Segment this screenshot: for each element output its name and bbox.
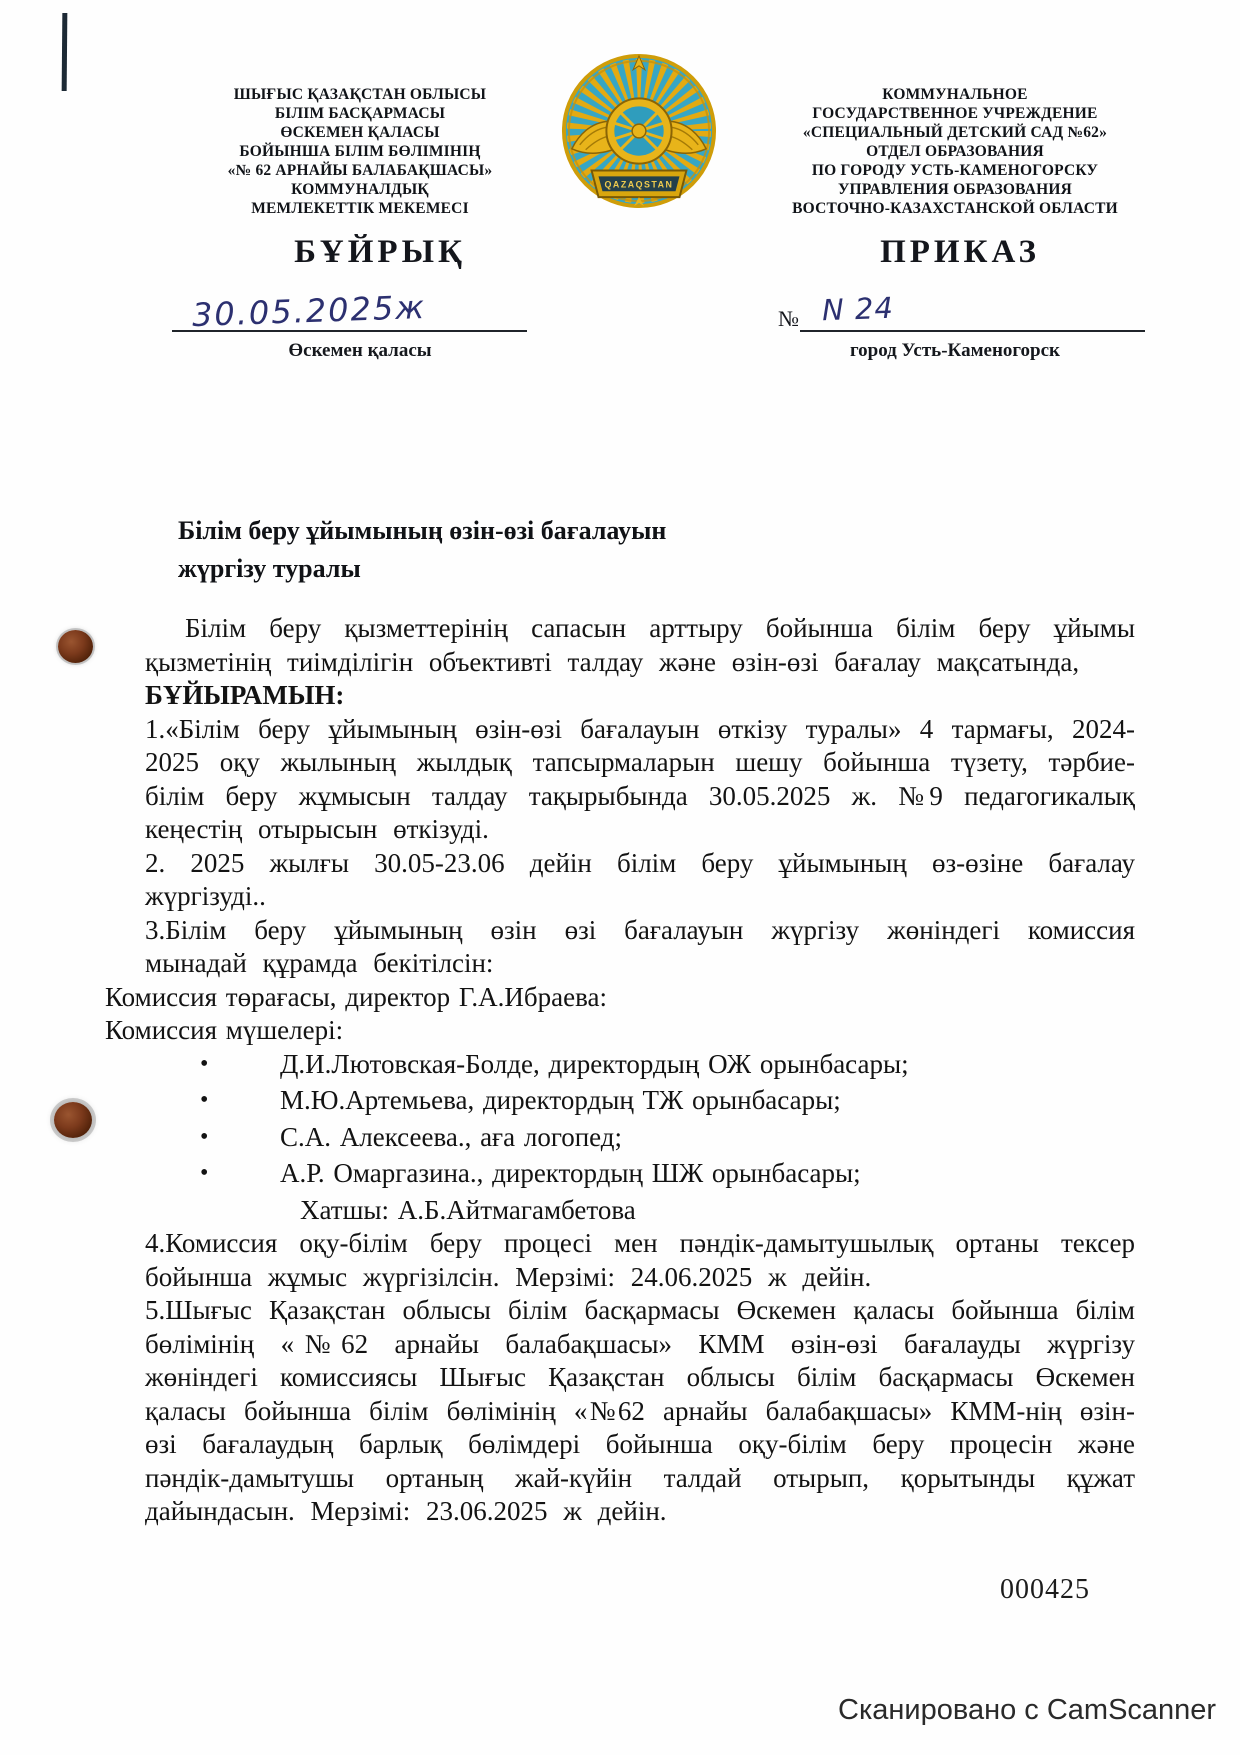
scanned-order-document: ШЫҒЫС ҚАЗАҚСТАН ОБЛЫСЫ БІЛІМ БАСҚАРМАСЫ …	[0, 0, 1240, 1755]
org-name-kk-line: КОММУНАЛДЫҚ	[165, 180, 555, 199]
order-item-5: 5.Шығыс Қазақстан облысы білім басқармас…	[145, 1294, 1135, 1529]
commission-member-item: • А.Р. Омаргазина., директордың ШЖ орынб…	[200, 1157, 1135, 1191]
order-heading-kazakh: БҰЙРЫҚ	[180, 234, 580, 271]
order-item-4: 4.Комиссия оқу-білім беру процесі мен пә…	[145, 1227, 1135, 1294]
org-name-kk-line: МЕМЛЕКЕТТІК МЕКЕМЕСІ	[165, 199, 555, 218]
org-name-kk-line: ШЫҒЫС ҚАЗАҚСТАН ОБЛЫСЫ	[165, 85, 555, 104]
commission-members-label: Комиссия мүшелері:	[105, 1014, 1135, 1048]
org-name-ru-line: ОТДЕЛ ОБРАЗОВАНИЯ	[755, 142, 1155, 161]
org-name-kk-line: БІЛІМ БАСҚАРМАСЫ	[165, 104, 555, 123]
order-item-3: 3.Білім беру ұйымының өзін өзі бағалауын…	[145, 914, 1135, 981]
handwritten-date: 30.05.2025ж	[191, 288, 426, 334]
bullet-icon: •	[200, 1121, 280, 1155]
hole-punch-mark-bottom	[54, 1102, 92, 1138]
commission-member-name: С.А. Алексеева., аға логопед;	[280, 1121, 622, 1155]
bullet-icon: •	[200, 1157, 280, 1191]
kazakhstan-coat-of-arms-icon: QAZAQSTAN	[560, 52, 718, 210]
number-sign-label: №	[778, 306, 799, 332]
order-item-1: 1.«Білім беру ұйымының өзін-өзі бағалауы…	[145, 713, 1135, 847]
org-name-kk-line: ӨСКЕМЕН ҚАЛАСЫ	[165, 123, 555, 142]
order-subject-line2: жүргізу туралы	[178, 550, 666, 588]
org-name-kk-line: «№ 62 АРНАЙЫ БАЛАБАҚШАСЫ»	[165, 161, 555, 180]
order-item-2: 2. 2025 жылғы 30.05-23.06 дейін білім бе…	[145, 847, 1135, 914]
commission-member-item: • Д.И.Лютовская-Болде, директордың ОЖ ор…	[200, 1048, 1135, 1082]
emblem-banner: QAZAQSTAN	[592, 171, 687, 207]
date-underline	[172, 330, 527, 332]
org-name-ru-line: КОММУНАЛЬНОЕ	[755, 85, 1155, 104]
page-stamp-number: 000425	[1000, 1574, 1090, 1606]
intro-paragraph: Білім беру қызметтерінің сапасын арттыру…	[145, 612, 1135, 679]
hole-punch-mark-top	[58, 630, 93, 663]
commission-member-item: • С.А. Алексеева., аға логопед;	[200, 1121, 1135, 1155]
org-name-ru-line: «СПЕЦИАЛЬНЫЙ ДЕТСКИЙ САД №62»	[755, 123, 1155, 142]
org-name-kk-line: БОЙЫНША БІЛІМ БӨЛІМІНІҢ	[165, 142, 555, 161]
org-name-ru-line: ПО ГОРОДУ УСТЬ-КАМЕНОГОРСКУ	[755, 161, 1155, 180]
bullet-icon: •	[200, 1048, 280, 1082]
commission-member-name: М.Ю.Артемьева, директордың ТЖ орынбасары…	[280, 1084, 841, 1118]
camscanner-watermark: Сканировано с CamScanner	[838, 1694, 1216, 1727]
order-subject-line1: Білім беру ұйымының өзін-өзі бағалауын	[178, 512, 666, 550]
handwritten-order-number: N 24	[821, 291, 894, 327]
org-name-ru-line: УПРАВЛЕНИЯ ОБРАЗОВАНИЯ	[755, 180, 1155, 199]
org-name-ru-line: ВОСТОЧНО-КАЗАХСТАНСКОЙ ОБЛАСТИ	[755, 199, 1155, 218]
commission-member-item: • М.Ю.Артемьева, директордың ТЖ орынбаса…	[200, 1084, 1135, 1118]
order-subject: Білім беру ұйымының өзін-өзі бағалауын ж…	[178, 512, 666, 588]
place-name-russian: город Усть-Каменогорск	[755, 340, 1155, 362]
commission-chair-line: Комиссия төрағасы, директор Г.А.Ибраева:	[105, 981, 1135, 1015]
intro-text: Білім беру қызметтерінің сапасын арттыру…	[145, 613, 1135, 677]
org-name-kazakh: ШЫҒЫС ҚАЗАҚСТАН ОБЛЫСЫ БІЛІМ БАСҚАРМАСЫ …	[165, 85, 555, 218]
org-name-russian: КОММУНАЛЬНОЕ ГОСУДАРСТВЕННОЕ УЧРЕЖДЕНИЕ …	[755, 85, 1155, 218]
order-verb: БҰЙЫРАМЫН:	[145, 679, 1135, 713]
org-name-ru-line: ГОСУДАРСТВЕННОЕ УЧРЕЖДЕНИЕ	[755, 104, 1155, 123]
order-heading-russian: ПРИКАЗ	[760, 234, 1160, 271]
emblem-banner-text: QAZAQSTAN	[605, 179, 674, 189]
order-body: Білім беру қызметтерінің сапасын арттыру…	[105, 602, 1135, 1529]
place-name-kazakh: Өскемен қаласы	[160, 340, 560, 362]
scan-artifact-line	[62, 13, 68, 91]
commission-member-name: Д.И.Лютовская-Болде, директордың ОЖ орын…	[280, 1048, 909, 1082]
number-underline	[800, 330, 1145, 332]
emblem-shanyrak	[606, 98, 671, 163]
bullet-icon: •	[200, 1084, 280, 1118]
commission-member-name: А.Р. Омаргазина., директордың ШЖ орынбас…	[280, 1157, 861, 1191]
secretary-line: Хатшы: А.Б.Айтмагамбетова	[300, 1194, 1135, 1228]
